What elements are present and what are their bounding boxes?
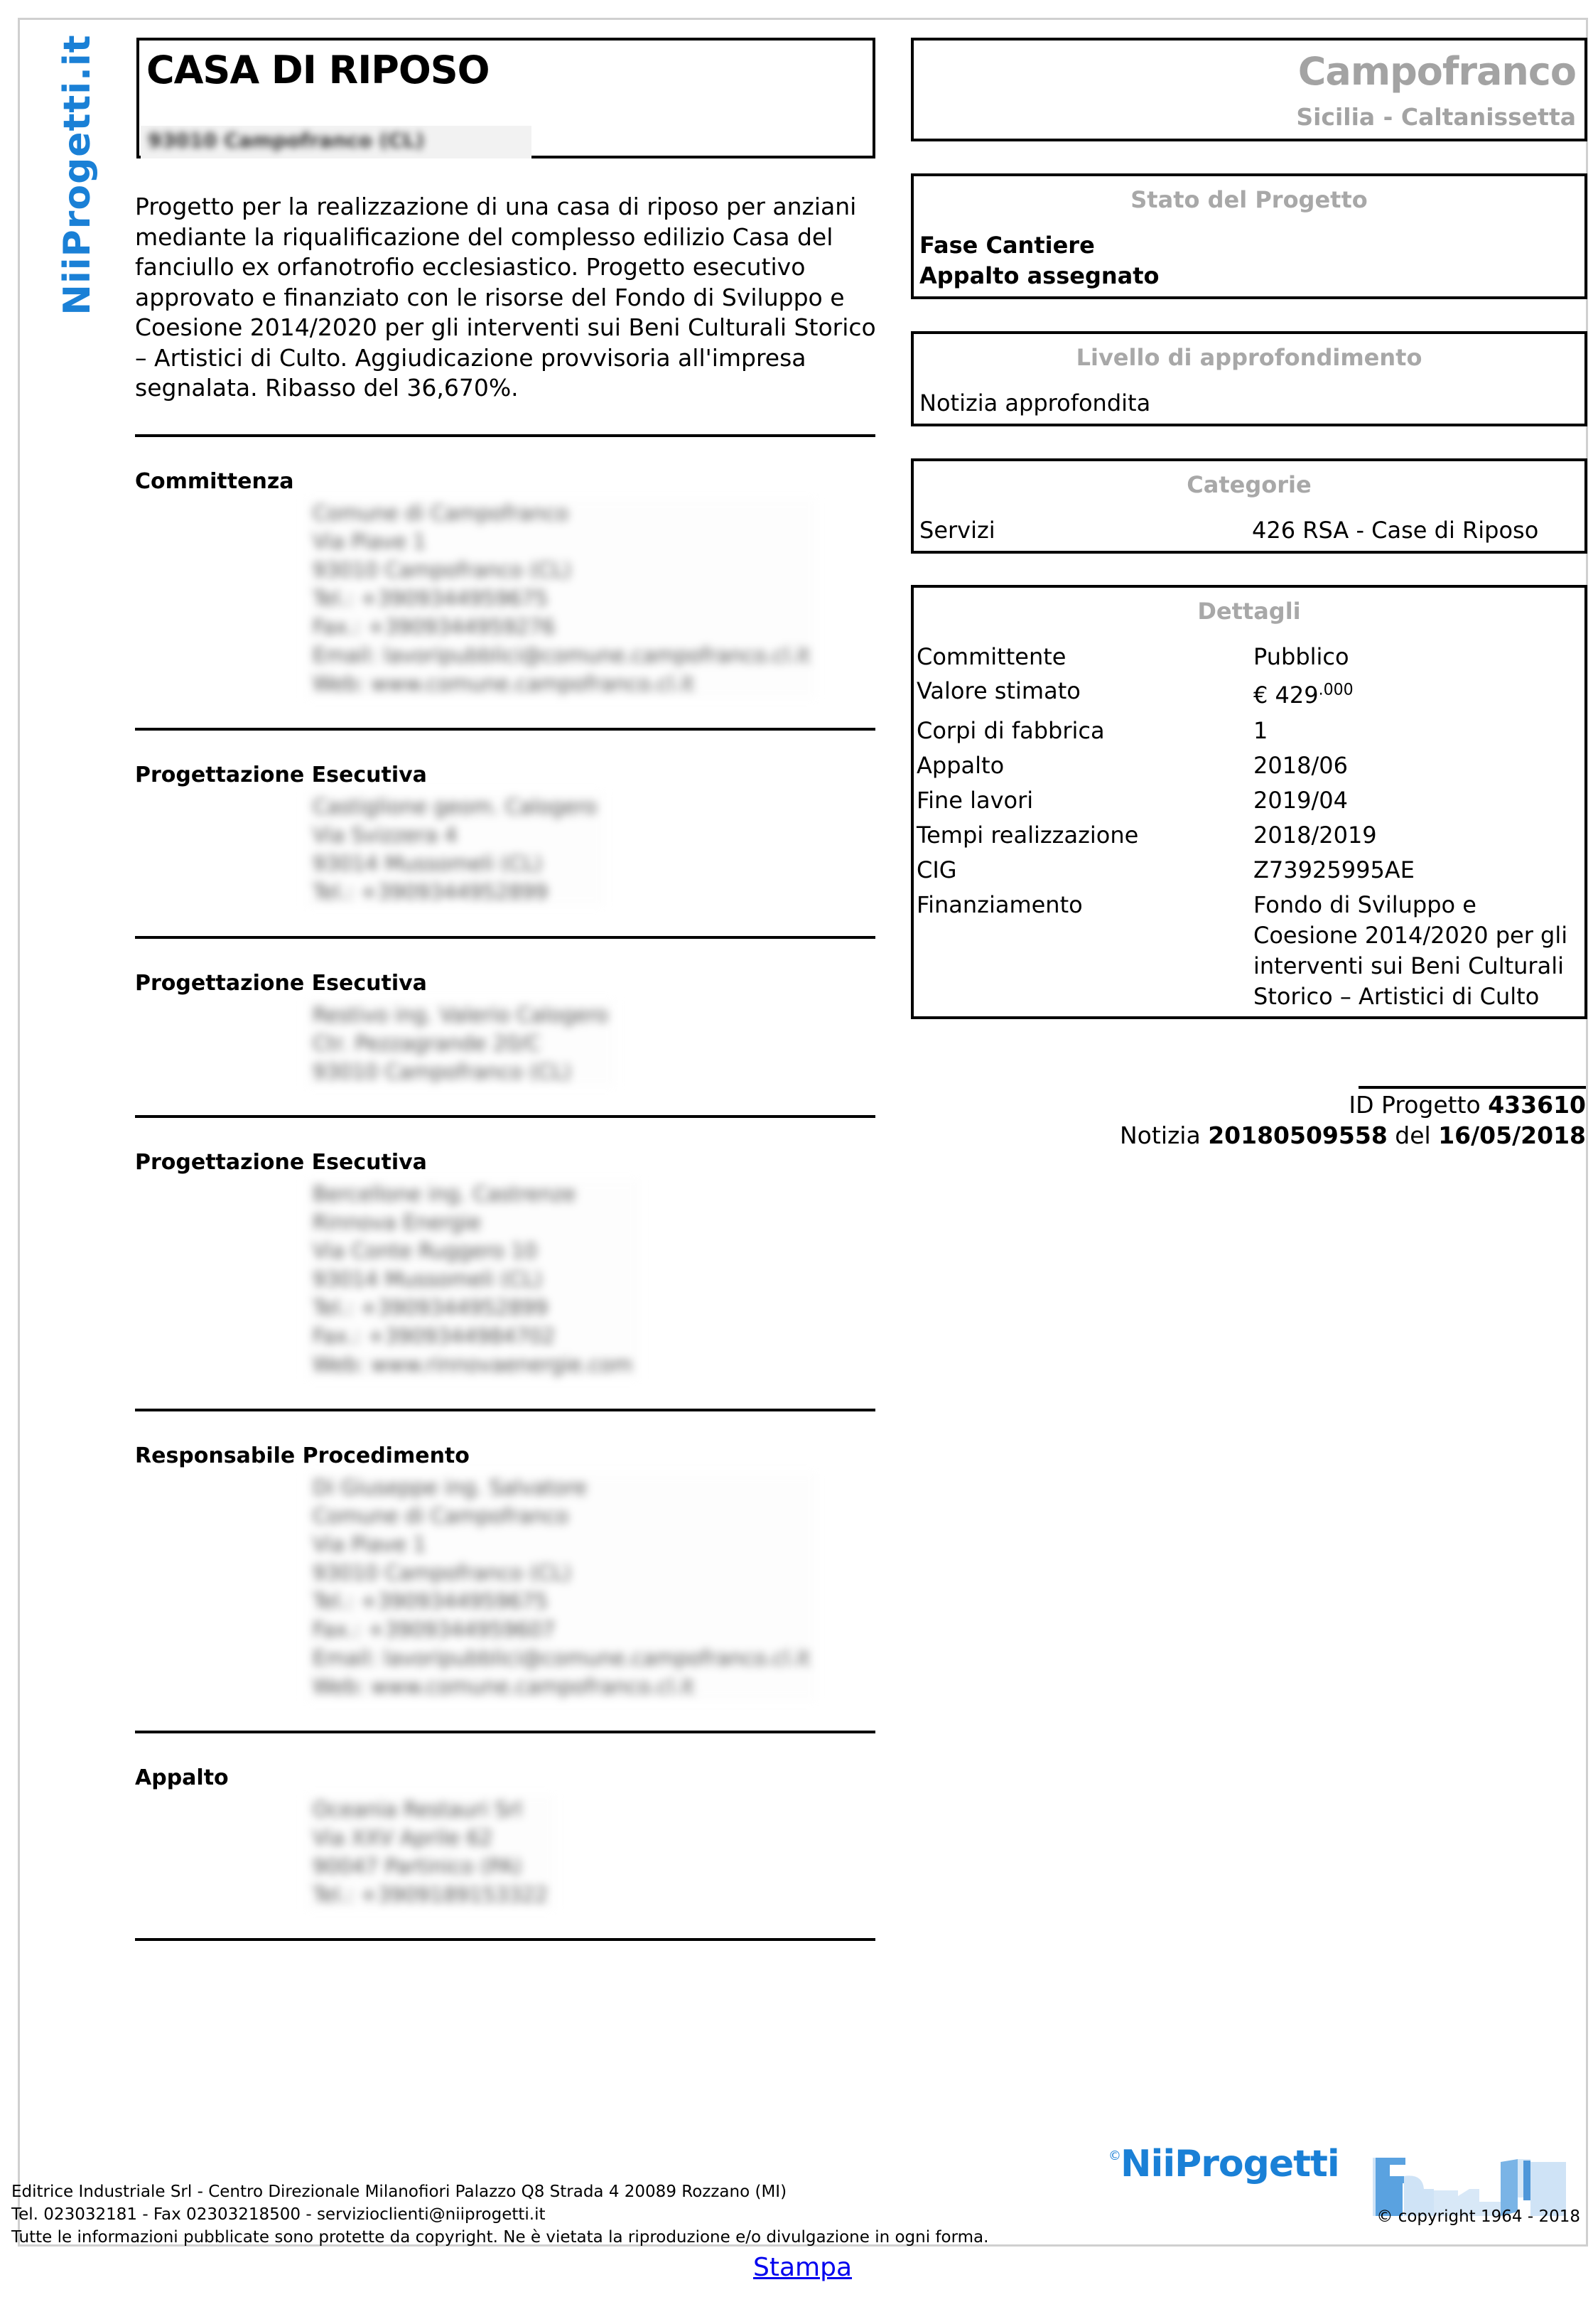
divider <box>135 434 875 437</box>
contact-line: Email: lavoripubblici@comune.campofranco… <box>313 641 810 669</box>
project-id-label: ID Progetto <box>1349 1091 1480 1119</box>
contact-line: 93014 Mussomeli (CL) <box>313 849 597 878</box>
contact-line: Via Piave 1 <box>313 1530 810 1559</box>
footer-copyright: © copyright 1964 - 2018 <box>1376 2207 1580 2226</box>
detail-value: 2019/04 <box>1253 785 1580 816</box>
status-detail: Appalto assegnato <box>919 261 1160 291</box>
contact-line: Tel.: +3909344959675 <box>313 584 810 613</box>
detail-label: CIG <box>917 855 957 886</box>
detail-label: Valore stimato <box>917 676 1081 706</box>
niiprogetti-brand-logo: ©NiiProgetti <box>1108 2143 1339 2185</box>
divider <box>135 728 875 731</box>
contact-line: Via Piave 1 <box>313 527 810 556</box>
contact-line: Fax.: +3909344959607 <box>313 1615 810 1644</box>
divider <box>135 1409 875 1411</box>
project-id: ID Progetto 433610 <box>1349 1091 1586 1119</box>
contact-committenza: Comune di CampofrancoVia Piave 193010 Ca… <box>306 499 817 698</box>
logo-text: NiiProgetti.it <box>56 34 99 315</box>
contact-line: 90047 Partinico (PA) <box>313 1852 548 1881</box>
brand-text: NiiProgetti <box>1120 2143 1339 2185</box>
registered-mark: © <box>1108 2148 1120 2163</box>
detail-value: 2018/06 <box>1253 751 1580 781</box>
detail-label: Committente <box>917 642 1066 672</box>
contact-responsabile: Di Giuseppe ing. SalvatoreComune di Camp… <box>306 1473 817 1701</box>
categories-box: Categorie Servizi 426 RSA - Case di Ripo… <box>911 458 1587 554</box>
contact-line: Comune di Campofranco <box>313 1502 810 1530</box>
value-superscript: .000 <box>1319 681 1354 699</box>
footer-publisher: Editrice Industriale Srl - Centro Direzi… <box>11 2180 988 2249</box>
address-text: 93010 Campofranco (CL) <box>148 129 424 152</box>
depth-level-value: Notizia approfondita <box>919 389 1150 416</box>
detail-label: Tempi realizzazione <box>917 820 1138 851</box>
section-heading-committenza: Committenza <box>135 469 294 494</box>
detail-label: Fine lavori <box>917 785 1033 816</box>
contact-line: Web: www.comune.campofranco.cl.it <box>313 1672 810 1701</box>
detail-value: Fondo di Sviluppo e Coesione 2014/2020 p… <box>1253 890 1580 1012</box>
contact-line: Di Giuseppe ing. Salvatore <box>313 1473 810 1502</box>
contact-line: Via XXV Aprile 62 <box>313 1824 548 1852</box>
contact-line: 93010 Campofranco (CL) <box>313 1058 608 1086</box>
status-phase: Fase Cantiere <box>919 230 1160 261</box>
contact-line: 93010 Campofranco (CL) <box>313 1559 810 1587</box>
contact-progettazione-3: Bercellone ing. CastrenzeRinnova Energie… <box>306 1180 639 1379</box>
title-box: CASA DI RIPOSO 93010 Campofranco (CL) <box>136 38 875 158</box>
news-label: Notizia <box>1120 1121 1201 1149</box>
address-blurred: 93010 Campofranco (CL) <box>141 126 531 158</box>
status-heading: Stato del Progetto <box>914 186 1584 213</box>
niiprogetti-vertical-logo: NiiProgetti.it <box>58 43 97 307</box>
contact-line: Web: www.comune.campofranco.cl.it <box>313 669 810 698</box>
contact-line: Castiglione geom. Calogero <box>313 792 597 821</box>
divider <box>135 1731 875 1733</box>
contact-progettazione-2: Restivo ing. Valerio CalogeroCtr. Pezzag… <box>306 1001 615 1086</box>
footer-contacts: Tel. 023032181 - Fax 02303218500 - servi… <box>11 2203 988 2226</box>
footer-address: Editrice Industriale Srl - Centro Direzi… <box>11 2180 988 2203</box>
contact-line: Tel.: +3909344952899 <box>313 878 597 906</box>
detail-label: Corpi di fabbrica <box>917 716 1105 746</box>
location-region: Sicilia - Caltanissetta <box>1296 103 1576 131</box>
divider <box>135 1115 875 1118</box>
contact-line: Tel.: +3909344959675 <box>313 1587 810 1615</box>
location-box: Campofranco Sicilia - Caltanissetta <box>911 38 1587 141</box>
detail-value: 1 <box>1253 716 1580 746</box>
news-date: 16/05/2018 <box>1438 1121 1586 1149</box>
contact-line: Comune di Campofranco <box>313 499 810 527</box>
footer-copyright-notice: Tutte le informazioni pubblicate sono pr… <box>11 2226 988 2249</box>
detail-value: Z73925995AE <box>1253 855 1580 886</box>
details-heading: Dettagli <box>914 598 1584 625</box>
contact-line: Rinnova Energie <box>313 1208 632 1237</box>
contact-line: Fax.: +3909344984702 <box>313 1322 632 1350</box>
contact-progettazione-1: Castiglione geom. CalogeroVia Svizzera 4… <box>306 792 604 906</box>
status-box: Stato del Progetto Fase Cantiere Appalto… <box>911 173 1587 299</box>
contact-line: Tel.: +3909344952899 <box>313 1293 632 1322</box>
section-heading-progettazione-2: Progettazione Esecutiva <box>135 971 427 996</box>
contact-line: 93014 Mussomeli (CL) <box>313 1265 632 1293</box>
print-link[interactable]: Stampa <box>753 2253 852 2282</box>
news-id: Notizia 20180509558 del 16/05/2018 <box>1120 1121 1586 1149</box>
contact-line: Fax.: +3909344959276 <box>313 613 810 641</box>
section-heading-progettazione-3: Progettazione Esecutiva <box>135 1150 427 1175</box>
detail-value: Pubblico <box>1253 642 1580 672</box>
divider <box>135 936 875 939</box>
detail-label: Appalto <box>917 751 1004 781</box>
divider <box>135 1938 875 1941</box>
project-id-value: 433610 <box>1488 1091 1586 1119</box>
details-box: Dettagli CommittentePubblico Valore stim… <box>911 585 1587 1019</box>
contact-appalto: Oceania Restauri SrlVia XXV Aprile 62900… <box>306 1795 555 1909</box>
category-value: 426 RSA - Case di Riposo <box>1252 517 1538 544</box>
contact-line: Via Conte Ruggero 10 <box>313 1237 632 1265</box>
contact-line: Ctr. Pezzagrande 20/C <box>313 1029 608 1058</box>
detail-label: Finanziamento <box>917 890 1083 920</box>
contact-line: 93010 Campofranco (CL) <box>313 556 810 584</box>
contact-line: Oceania Restauri Srl <box>313 1795 548 1824</box>
category-label: Servizi <box>919 517 995 544</box>
news-number: 20180509558 <box>1208 1121 1388 1149</box>
depth-level-box: Livello di approfondimento Notizia appro… <box>911 331 1587 426</box>
page-title: CASA DI RIPOSO <box>146 48 490 92</box>
section-heading-progettazione-1: Progettazione Esecutiva <box>135 763 427 787</box>
section-heading-appalto: Appalto <box>135 1765 229 1790</box>
section-heading-responsabile: Responsabile Procedimento <box>135 1443 470 1468</box>
news-del-label: del <box>1395 1121 1430 1149</box>
categories-heading: Categorie <box>914 471 1584 498</box>
id-divider <box>1359 1086 1586 1089</box>
detail-value: 2018/2019 <box>1253 820 1580 851</box>
contact-line: Restivo ing. Valerio Calogero <box>313 1001 608 1029</box>
project-description: Progetto per la realizzazione di una cas… <box>135 192 877 404</box>
contact-line: Tel.: +3909189153322 <box>313 1881 548 1909</box>
contact-line: Bercellone ing. Castrenze <box>313 1180 632 1208</box>
value-main: € 429 <box>1253 682 1319 709</box>
detail-value: € 429.000 <box>1253 680 1580 711</box>
location-city: Campofranco <box>1298 49 1576 94</box>
contact-line: Email: lavoripubblici@comune.campofranco… <box>313 1644 810 1672</box>
contact-line: Web: www.rinnovaenergie.com <box>313 1350 632 1379</box>
depth-level-heading: Livello di approfondimento <box>914 344 1584 371</box>
contact-line: Via Svizzera 4 <box>313 821 597 849</box>
